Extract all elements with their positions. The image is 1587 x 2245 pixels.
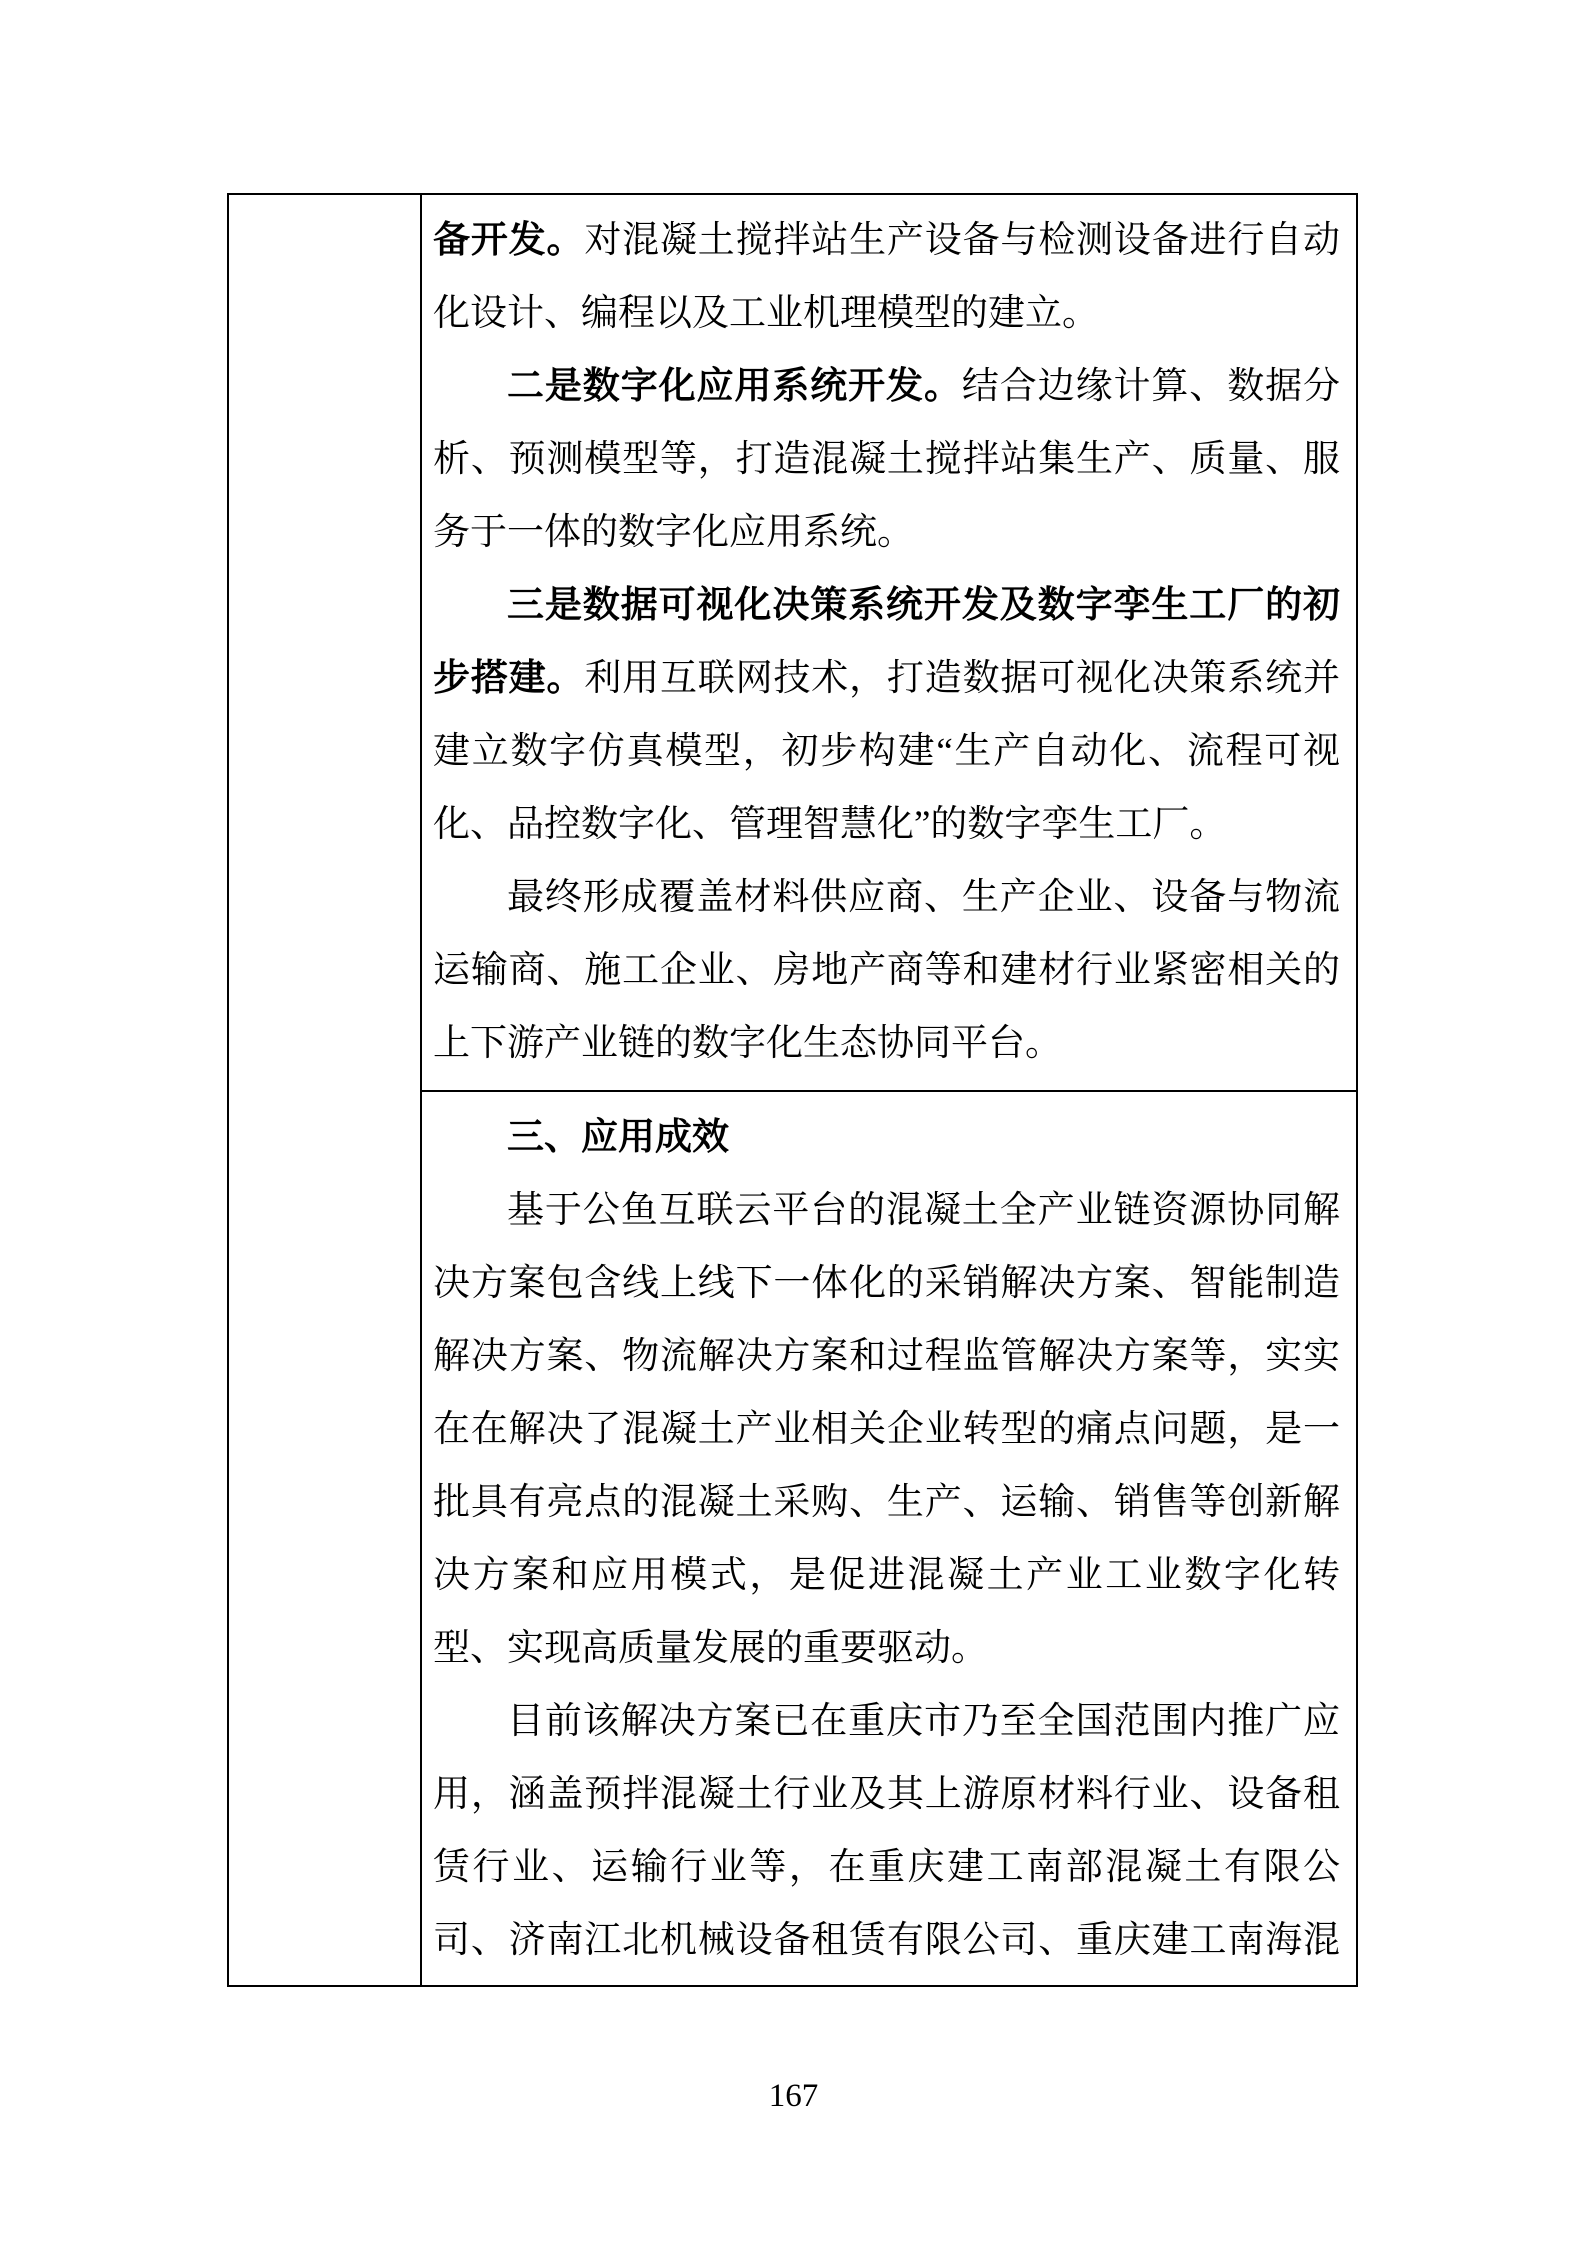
paragraph: 二是数字化应用系统开发。结合边缘计算、数据分析、预测模型等，打造混凝土搅拌站集生… <box>433 350 1340 569</box>
paragraph: 目前该解决方案已在重庆市乃至全国范围内推广应用，涵盖预拌混凝土行业及其上游原材料… <box>433 1685 1340 1985</box>
page-number: 167 <box>0 2076 1587 2116</box>
table-left-empty-cell <box>229 195 422 1985</box>
text-run: 基于公鱼互联云平台的混凝土全产业链资源协同解决方案包含线上线下一体化的采销解决方… <box>433 1190 1340 1669</box>
bold-text-run: 备开发。 <box>433 220 584 261</box>
document-page: 备开发。对混凝土搅拌站生产设备与检测设备进行自动化设计、编程以及工业机理模型的建… <box>0 0 1587 2245</box>
table-cell-row1: 备开发。对混凝土搅拌站生产设备与检测设备进行自动化设计、编程以及工业机理模型的建… <box>422 195 1356 1092</box>
content-table: 备开发。对混凝土搅拌站生产设备与检测设备进行自动化设计、编程以及工业机理模型的建… <box>227 193 1358 1987</box>
bold-text-run: 二是数字化应用系统开发。 <box>507 366 962 407</box>
text-run: 目前该解决方案已在重庆市乃至全国范围内推广应用，涵盖预拌混凝土行业及其上游原材料… <box>433 1701 1340 1985</box>
text-run: 最终形成覆盖材料供应商、生产企业、设备与物流运输商、施工企业、房地产商等和建材行… <box>433 877 1340 1064</box>
paragraph: 基于公鱼互联云平台的混凝土全产业链资源协同解决方案包含线上线下一体化的采销解决方… <box>433 1174 1340 1685</box>
paragraph: 三、应用成效 <box>433 1101 1340 1174</box>
paragraph: 最终形成覆盖材料供应商、生产企业、设备与物流运输商、施工企业、房地产商等和建材行… <box>433 861 1340 1080</box>
table-cell-row2: 三、应用成效基于公鱼互联云平台的混凝土全产业链资源协同解决方案包含线上线下一体化… <box>422 1092 1356 1985</box>
paragraph: 三是数据可视化决策系统开发及数字孪生工厂的初步搭建。利用互联网技术，打造数据可视… <box>433 569 1340 861</box>
paragraph: 备开发。对混凝土搅拌站生产设备与检测设备进行自动化设计、编程以及工业机理模型的建… <box>433 204 1340 350</box>
bold-text-run: 三、应用成效 <box>507 1117 729 1158</box>
table-right-column: 备开发。对混凝土搅拌站生产设备与检测设备进行自动化设计、编程以及工业机理模型的建… <box>422 195 1356 1985</box>
